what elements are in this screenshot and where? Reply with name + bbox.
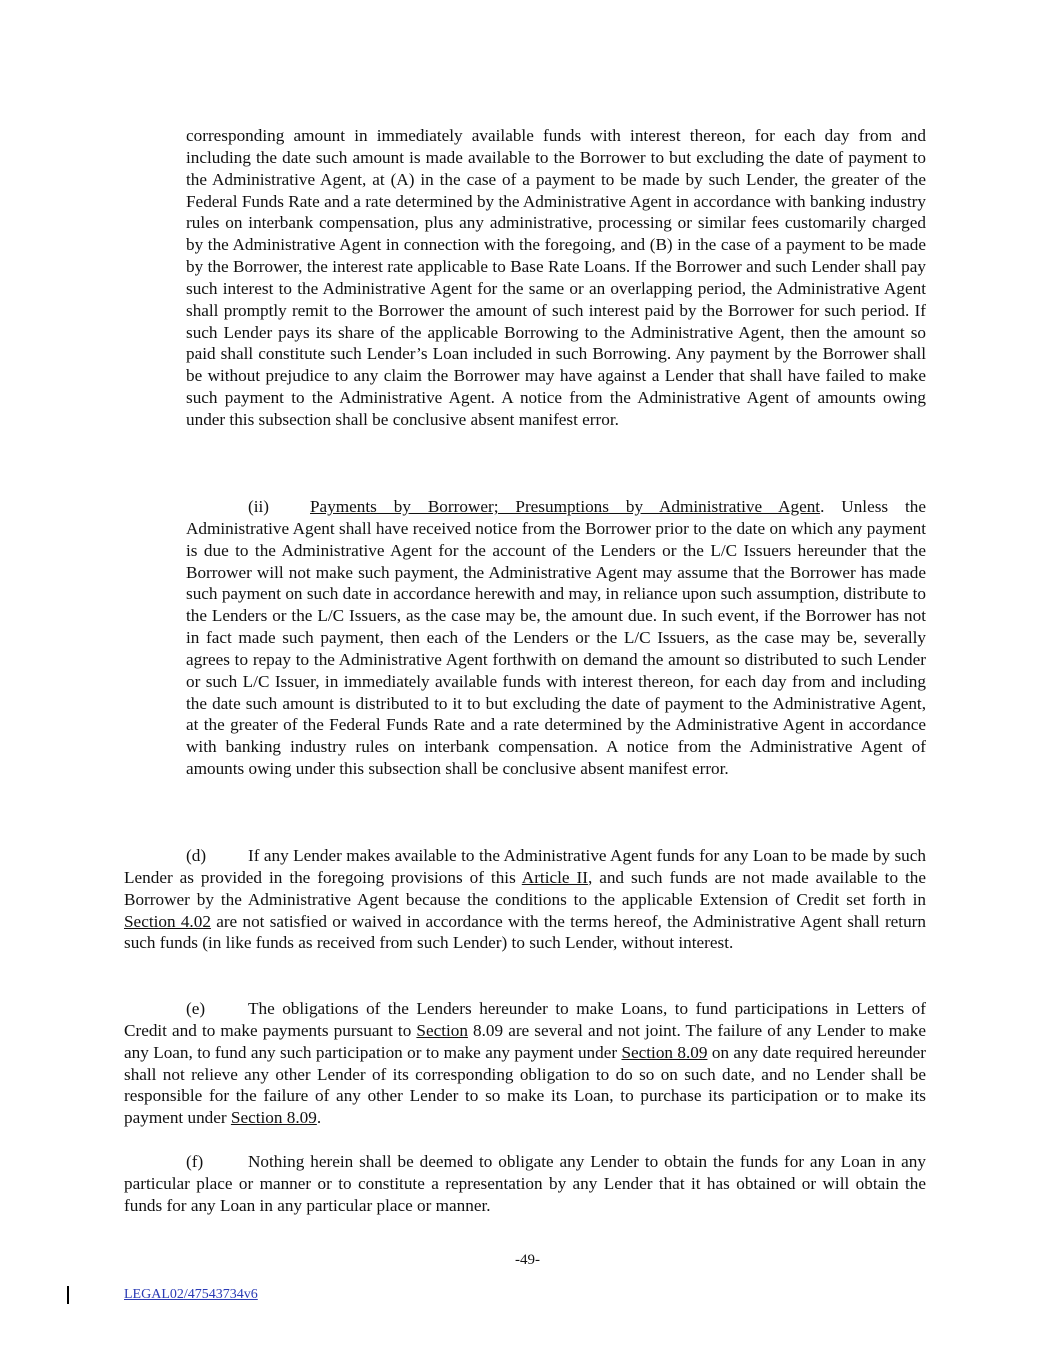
paragraph-text: . <box>317 1108 321 1127</box>
paragraph-heading: Payments by Borrower; Presumptions by Ad… <box>310 497 820 516</box>
paragraph-text: are not satisfied or waived in accordanc… <box>124 912 926 953</box>
paragraph-continuation: corresponding amount in immediately avai… <box>186 125 926 431</box>
paragraph-marker: (d) <box>186 845 248 867</box>
paragraph-e: (e)The obligations of the Lenders hereun… <box>124 998 926 1129</box>
cross-reference-article-ii: Article II <box>522 868 588 887</box>
paragraph-text: Unless the Administrative Agent shall ha… <box>186 497 926 778</box>
change-bar <box>67 1286 69 1304</box>
paragraph-marker: (e) <box>186 998 248 1020</box>
document-page: corresponding amount in immediately avai… <box>0 0 1055 1365</box>
page-number: -49- <box>0 1252 1055 1269</box>
cross-reference-section-4-02: Section 4.02 <box>124 912 211 931</box>
document-id-link[interactable]: LEGAL02/47543734v6 <box>124 1287 258 1303</box>
paragraph-marker: (ii) <box>248 496 310 518</box>
paragraph-marker: (f) <box>186 1151 248 1173</box>
paragraph-ii: (ii)Payments by Borrower; Presumptions b… <box>186 496 926 780</box>
paragraph-d: (d)If any Lender makes available to the … <box>124 845 926 954</box>
cross-reference-section-8-09: Section 8.09 <box>621 1043 707 1062</box>
paragraph-f: (f)Nothing herein shall be deemed to obl… <box>124 1151 926 1217</box>
cross-reference-section-8-09: Section 8.09 <box>231 1108 317 1127</box>
cross-reference-section: Section <box>416 1021 468 1040</box>
paragraph-text: corresponding amount in immediately avai… <box>186 125 926 431</box>
